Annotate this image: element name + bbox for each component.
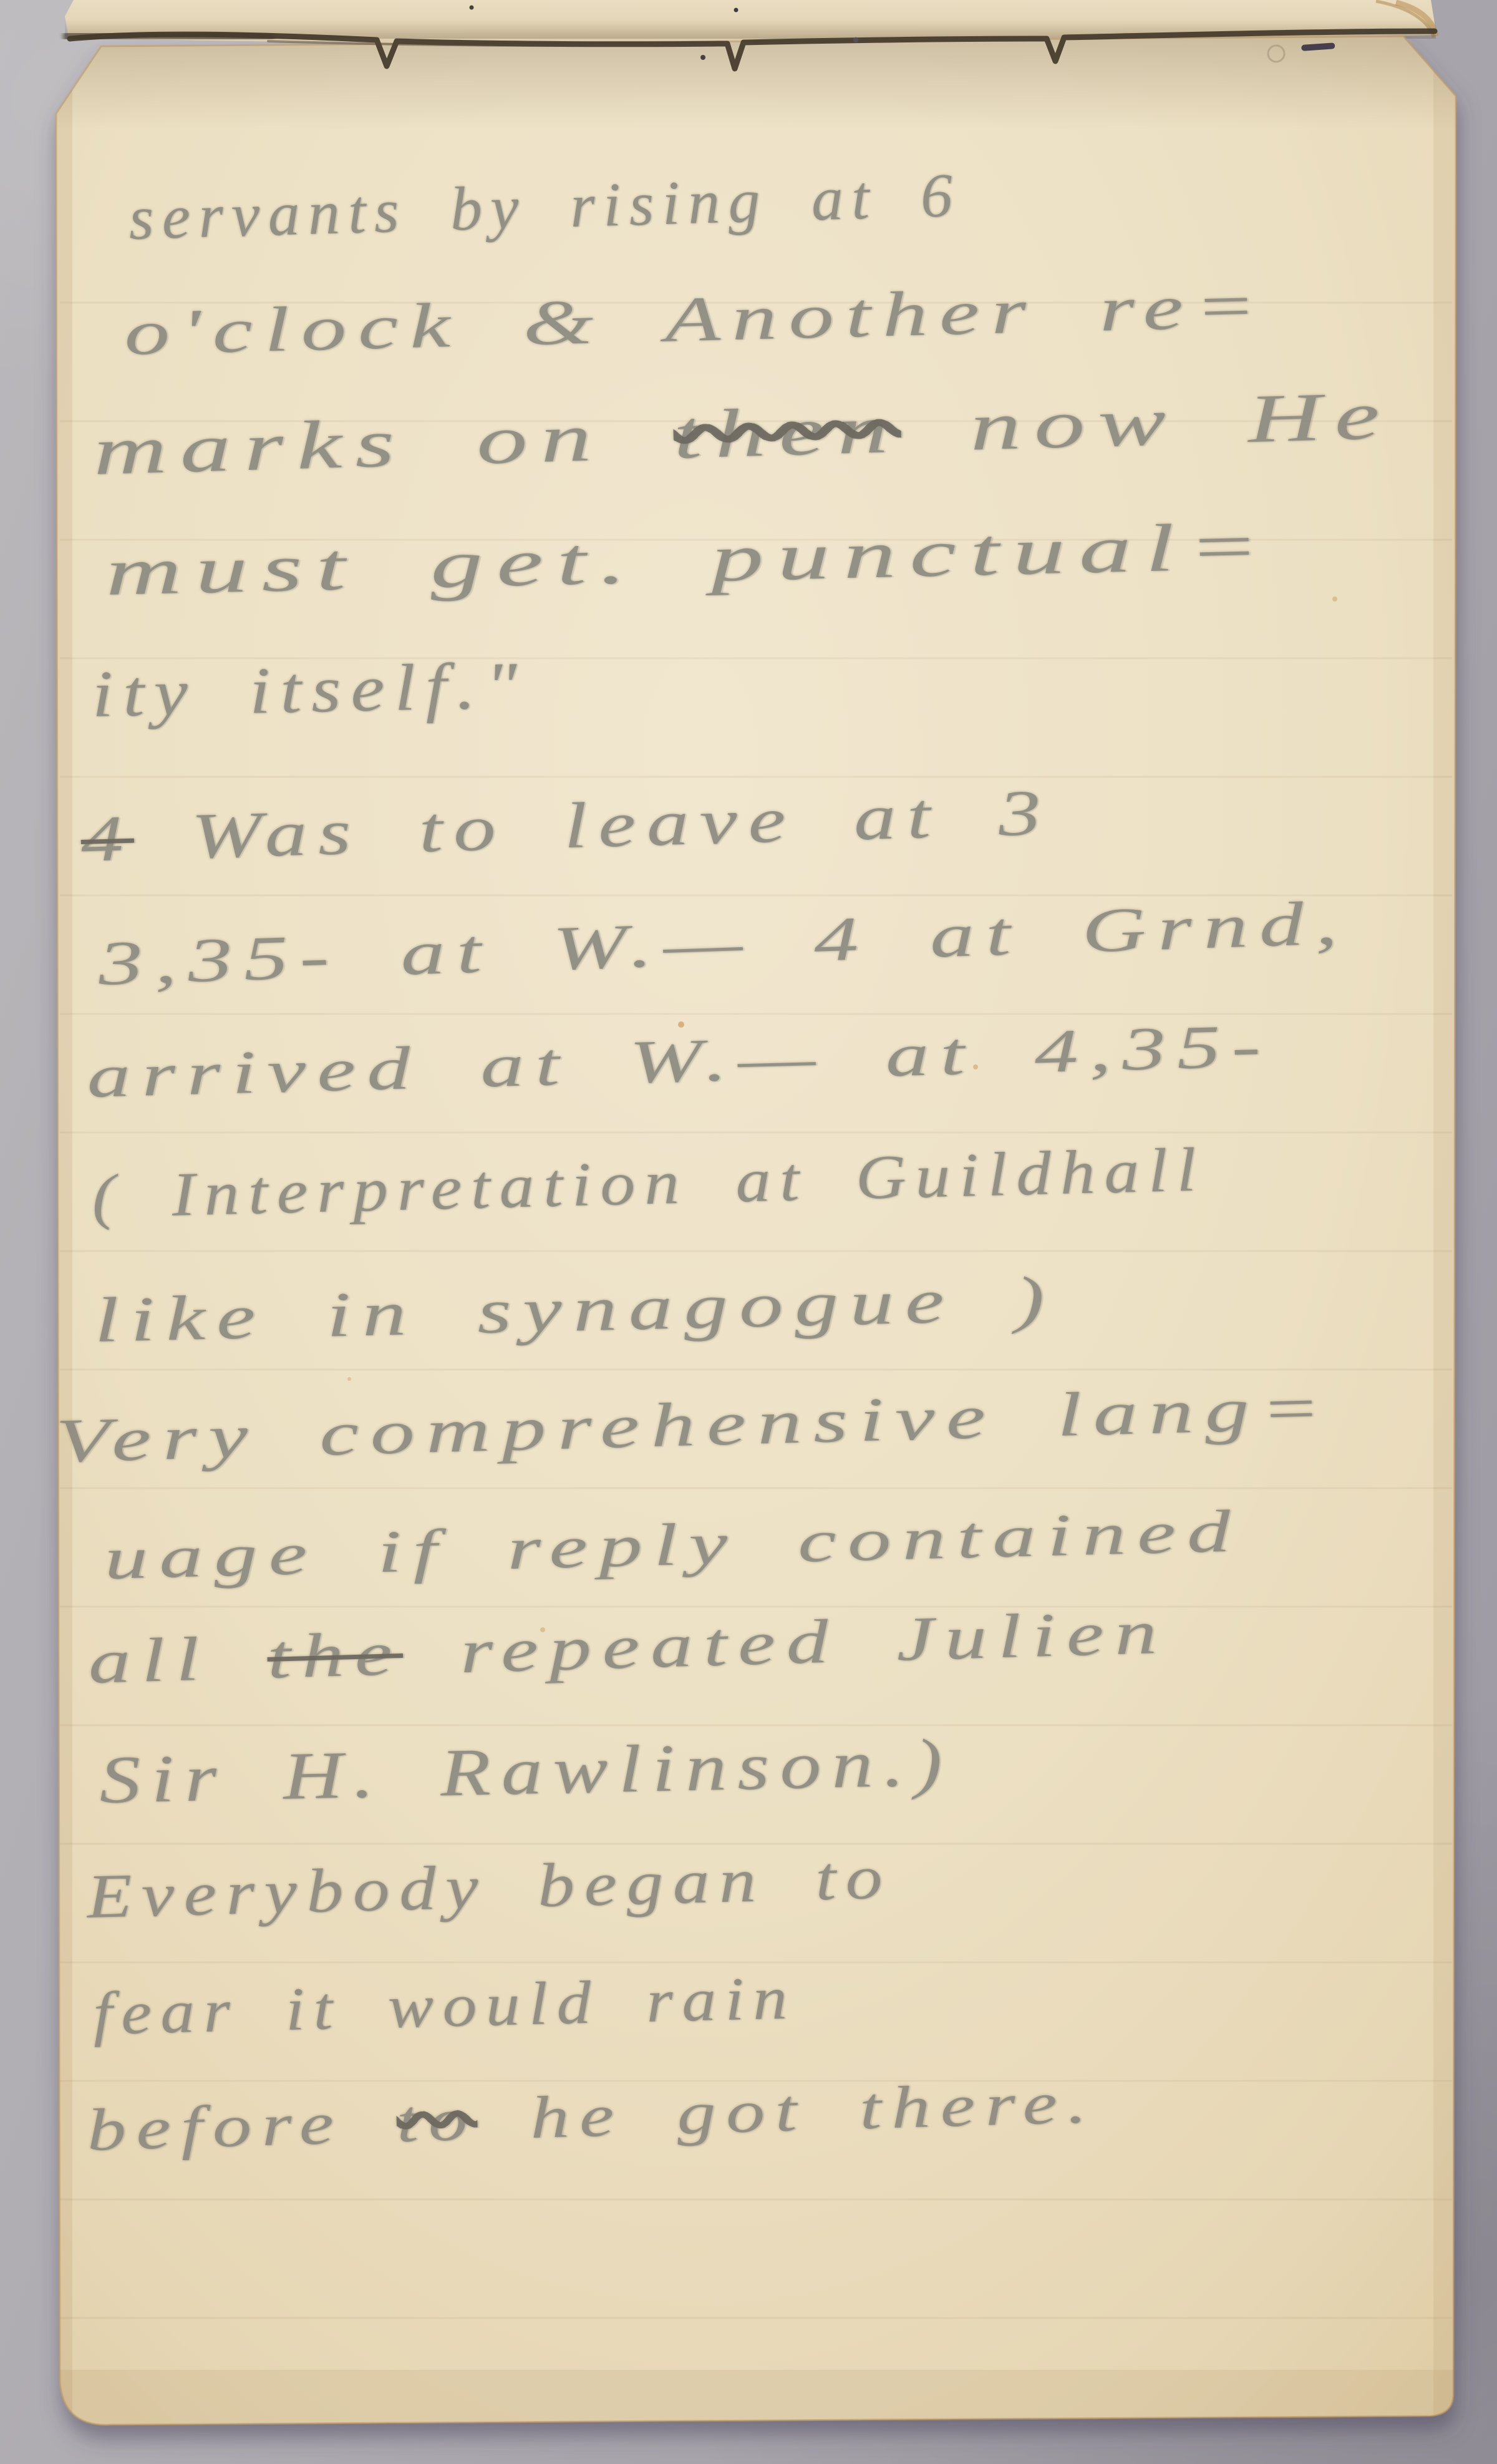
handwriting-layer: servants by rising at 6o'clock & Another… bbox=[0, 0, 1497, 2464]
handwritten-text: ( Interpretation at Guildhall bbox=[91, 1134, 1206, 1231]
handwritten-text: before bbox=[86, 2088, 397, 2163]
handwriting-line: uage if reply contained bbox=[104, 1496, 1243, 1593]
handwriting-line: Sir H. Rawlinson.) bbox=[99, 1724, 954, 1819]
handwritten-text: marks on bbox=[92, 397, 674, 489]
handwritten-text: ity itself." bbox=[91, 648, 528, 731]
handwriting-line: marks on then now He bbox=[92, 376, 1393, 491]
handwritten-text: like in synagogue ) bbox=[94, 1264, 1057, 1356]
handwriting-line: fear it would rain bbox=[92, 1963, 797, 2049]
handwriting-line: o'clock & Another re= bbox=[124, 269, 1268, 370]
handwritten-text: Was to leave at 3 bbox=[133, 777, 1052, 874]
crossed-out-word: then bbox=[672, 391, 902, 473]
handwriting-line: before to he got there. bbox=[86, 2067, 1098, 2165]
handwriting-line: Everybody began to bbox=[86, 1841, 893, 1932]
handwriting-line: all the repeated Julien bbox=[87, 1596, 1169, 1698]
handwritten-text: servants by rising at 6 bbox=[128, 160, 962, 253]
notebook-photo: servants by rising at 6o'clock & Another… bbox=[0, 0, 1497, 2464]
handwritten-text: Very comprehensive lang= bbox=[55, 1373, 1332, 1476]
crossed-out-word: to bbox=[395, 2086, 478, 2155]
handwriting-line: servants by rising at 6 bbox=[128, 159, 962, 254]
handwritten-text: Sir H. Rawlinson.) bbox=[99, 1725, 953, 1818]
handwritten-text: o'clock & Another re= bbox=[124, 270, 1268, 369]
handwritten-text: repeated Julien bbox=[402, 1597, 1168, 1688]
handwriting-line: must get. punctual= bbox=[105, 508, 1273, 611]
handwritten-text: fear it would rain bbox=[92, 1964, 797, 2048]
handwriting-line: like in synagogue ) bbox=[94, 1262, 1057, 1357]
handwriting-line: arrived at W.— at 4,35- bbox=[86, 1011, 1272, 1112]
handwriting-line: ( Interpretation at Guildhall bbox=[91, 1133, 1206, 1232]
handwritten-text: 3,35- at W.— 4 at Grnd, bbox=[97, 888, 1350, 998]
handwritten-text: he got there. bbox=[477, 2068, 1098, 2153]
handwritten-text: arrived at W.— at 4,35- bbox=[86, 1012, 1272, 1111]
handwritten-text: must get. punctual= bbox=[105, 509, 1273, 610]
handwriting-line: ity itself." bbox=[91, 647, 528, 733]
handwriting-line: 4 Was to leave at 3 bbox=[80, 776, 1053, 877]
handwritten-text: Everybody began to bbox=[86, 1842, 893, 1931]
handwritten-text: now He bbox=[900, 377, 1394, 467]
handwritten-text: all bbox=[87, 1622, 268, 1697]
crossed-out-word: 4 bbox=[80, 802, 135, 875]
handwriting-line: 3,35- at W.— 4 at Grnd, bbox=[97, 887, 1350, 1000]
handwritten-text: uage if reply contained bbox=[104, 1497, 1243, 1592]
crossed-out-word: the bbox=[266, 1619, 404, 1692]
handwriting-line: Very comprehensive lang= bbox=[55, 1371, 1333, 1477]
